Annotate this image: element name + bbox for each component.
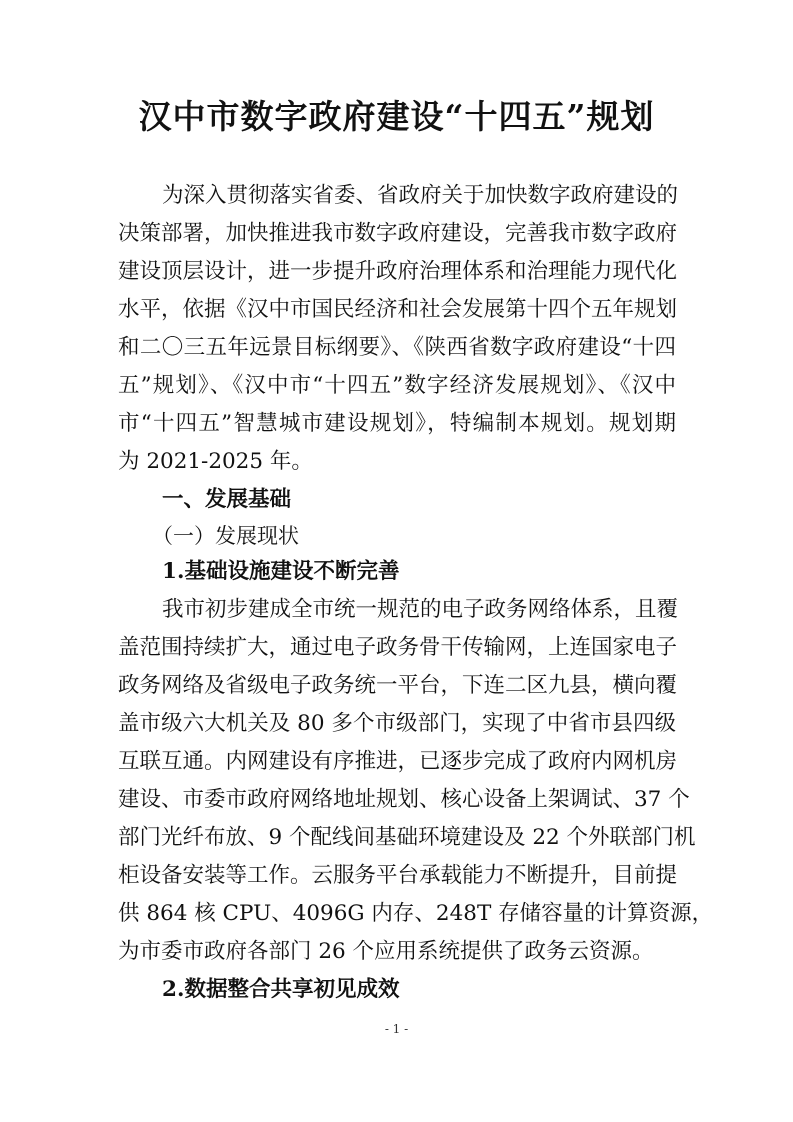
paragraph-line: 五”规划》、《汉中市“十四五”数字经济发展规划》、《汉中 bbox=[118, 371, 676, 401]
subsection-heading: （一）发展现状 bbox=[152, 521, 299, 551]
paragraph-line: 决策部署，加快推进我市数字政府建设，完善我市数字政府 bbox=[118, 219, 676, 249]
paragraph-line: 部门光纤布放、9 个配线间基础环境建设及 22 个外联部门机 bbox=[118, 823, 676, 853]
paragraph-line: 为深入贯彻落实省委、省政府关于加快数字政府建设的 bbox=[162, 181, 676, 211]
paragraph-line: 为市委市政府各部门 26 个应用系统提供了政务云资源。 bbox=[118, 937, 676, 967]
page-number: - 1 - bbox=[0, 1022, 793, 1036]
paragraph-line: 水平，依据《汉中市国民经济和社会发展第十四个五年规划 bbox=[118, 295, 676, 325]
paragraph-line: 互联互通。内网建设有序推进，已逐步完成了政府内网机房 bbox=[118, 747, 676, 777]
paragraph-line: 盖市级六大机关及 80 多个市级部门，实现了中省市县四级 bbox=[118, 709, 676, 739]
paragraph-line: 市“十四五”智慧城市建设规划》，特编制本规划。规划期 bbox=[118, 409, 676, 439]
item-heading: 2.数据整合共享初见成效 bbox=[162, 975, 399, 1005]
paragraph-line: 建设、市委市政府网络地址规划、核心设备上架调试、37 个 bbox=[118, 785, 676, 815]
paragraph-line: 我市初步建成全市统一规范的电子政务网络体系，且覆 bbox=[162, 595, 676, 625]
document-title: 汉中市数字政府建设“十四五”规划 bbox=[0, 97, 793, 137]
paragraph-line: 为 2021-2025 年。 bbox=[118, 447, 676, 477]
paragraph-line: 供 864 核 CPU、4096G 内存、248T 存储容量的计算资源， bbox=[118, 899, 676, 929]
item-heading: 1.基础设施建设不断完善 bbox=[162, 557, 399, 587]
paragraph-line: 政务网络及省级电子政务统一平台，下连二区九县，横向覆 bbox=[118, 671, 676, 701]
paragraph-line: 和二〇三五年远景目标纲要》、《陕西省数字政府建设“十四 bbox=[118, 333, 676, 363]
paragraph-line: 柜设备安装等工作。云服务平台承载能力不断提升，目前提 bbox=[118, 861, 676, 891]
paragraph-line: 建设顶层设计，进一步提升政府治理体系和治理能力现代化 bbox=[118, 257, 676, 287]
section-heading: 一、发展基础 bbox=[162, 485, 291, 515]
paragraph-line: 盖范围持续扩大，通过电子政务骨干传输网，上连国家电子 bbox=[118, 633, 676, 663]
